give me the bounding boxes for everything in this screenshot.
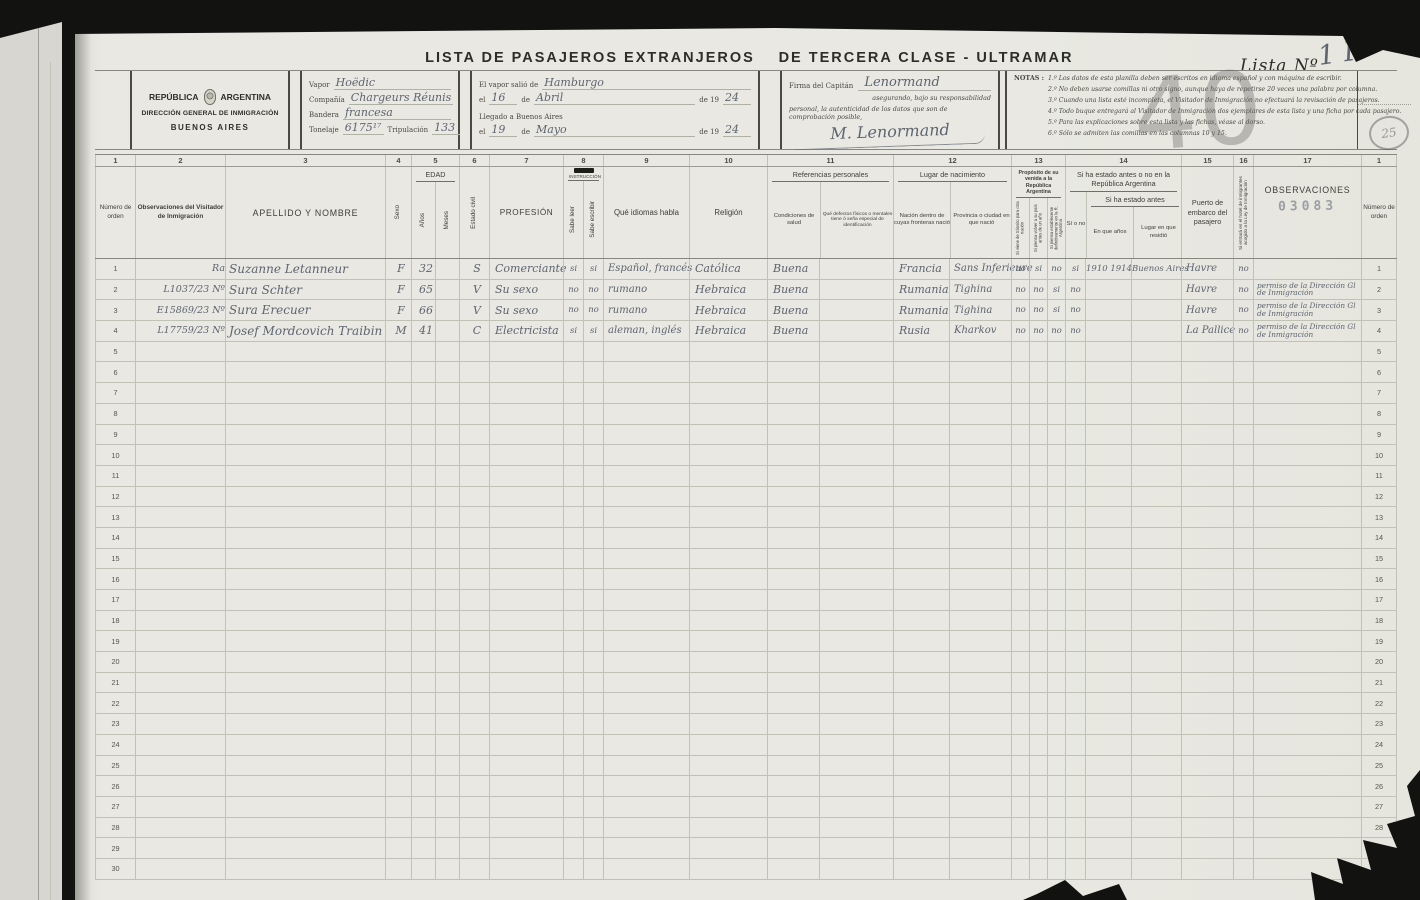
cell-prov — [949, 445, 1011, 465]
cell-write — [583, 859, 603, 879]
cell-civil — [459, 569, 489, 589]
cell-nation — [893, 362, 949, 382]
cell-write — [583, 714, 603, 734]
cell-rel — [689, 528, 767, 548]
cell-place — [1131, 425, 1181, 445]
cell-write — [583, 631, 603, 651]
cell-p2 — [1029, 569, 1047, 589]
cell-hotel: no — [1233, 259, 1253, 279]
cell-name — [225, 549, 385, 569]
cell-obs — [135, 342, 225, 362]
cell-lang — [603, 445, 689, 465]
cell-health — [767, 342, 819, 362]
cell-rel — [689, 569, 767, 589]
cell-obs2 — [1253, 549, 1361, 569]
cell-p1 — [1011, 342, 1029, 362]
cell-p2 — [1029, 425, 1047, 445]
cell-hotel — [1233, 776, 1253, 796]
cell-months — [435, 838, 459, 858]
cell-read — [563, 549, 583, 569]
col-num: 12 — [893, 155, 1011, 166]
cell-read — [563, 383, 583, 403]
col-num: 17 — [1253, 155, 1361, 166]
cell-prof — [489, 549, 563, 569]
cell-name — [225, 859, 385, 879]
cell-p1 — [1011, 776, 1029, 796]
cell-health — [767, 859, 819, 879]
cell-months — [435, 528, 459, 548]
cell-before — [1065, 445, 1085, 465]
cell-health: Buena — [767, 259, 819, 279]
cell-civil — [459, 342, 489, 362]
cell-months — [435, 797, 459, 817]
cell-yrs — [1085, 549, 1131, 569]
firma-label: Firma del Capitán — [789, 82, 853, 91]
table-row: 2222 — [95, 693, 1397, 714]
el-label: el — [479, 128, 485, 137]
salida-label: El vapor salió de — [479, 81, 538, 90]
cell-nation — [893, 590, 949, 610]
cell-health: Buena — [767, 321, 819, 341]
cell-obs — [135, 507, 225, 527]
cell-port — [1181, 590, 1233, 610]
cell-civil — [459, 735, 489, 755]
cell-obs2 — [1253, 693, 1361, 713]
cell-place — [1131, 445, 1181, 465]
cell-years — [411, 756, 435, 776]
cell-months — [435, 321, 459, 341]
group-label: Lugar de nacimiento — [898, 167, 1007, 182]
cell-obs — [135, 362, 225, 382]
cell-years — [411, 693, 435, 713]
cell-prov — [949, 838, 1011, 858]
table-row: 2626 — [95, 776, 1397, 797]
cell-p1 — [1011, 838, 1029, 858]
cell-prov — [949, 383, 1011, 403]
cell-lang — [603, 756, 689, 776]
cell-obs2 — [1253, 652, 1361, 672]
cell-defects — [819, 507, 893, 527]
page-crease — [38, 22, 39, 900]
cell-nation — [893, 631, 949, 651]
cell-lang — [603, 673, 689, 693]
cell-defects — [819, 714, 893, 734]
cell-name: Sura Erecuer — [225, 300, 385, 320]
cell-civil: S — [459, 259, 489, 279]
col-header-observaciones: OBSERVACIONES 03083 — [1253, 167, 1361, 258]
cell-lang — [603, 404, 689, 424]
cell-write — [583, 507, 603, 527]
cell-years: 32 — [411, 259, 435, 279]
cell-before — [1065, 797, 1085, 817]
col-num: 1 — [95, 155, 135, 166]
cell-months — [435, 445, 459, 465]
cell-p1 — [1011, 590, 1029, 610]
document-title-left: LISTA DE PASAJEROS EXTRANJEROS — [425, 50, 755, 66]
col-header-sexo: Sexo — [385, 167, 411, 258]
cell-rel — [689, 859, 767, 879]
cell-prof — [489, 425, 563, 445]
cell-read — [563, 507, 583, 527]
cell-nation — [893, 445, 949, 465]
col-num: 10 — [689, 155, 767, 166]
cell-nation: Francia — [893, 259, 949, 279]
cell-port: Havre — [1181, 259, 1233, 279]
cell-write — [583, 487, 603, 507]
cell-years — [411, 776, 435, 796]
cell-prof — [489, 342, 563, 362]
cell-obs2 — [1253, 528, 1361, 548]
cell-obs — [135, 590, 225, 610]
col-label: PROFESIÓN — [500, 208, 554, 217]
cell-obs — [135, 611, 225, 631]
cell-before — [1065, 569, 1085, 589]
cell-obs — [135, 756, 225, 776]
cell-sex — [385, 466, 411, 486]
cell-yrs — [1085, 528, 1131, 548]
cell-months — [435, 383, 459, 403]
cell-years — [411, 569, 435, 589]
cell-place — [1131, 693, 1181, 713]
cell-lang — [603, 549, 689, 569]
cell-write — [583, 362, 603, 382]
cell-n2: 30 — [1361, 859, 1397, 879]
cell-write — [583, 528, 603, 548]
cell-months — [435, 259, 459, 279]
table-row: 1717 — [95, 590, 1397, 611]
group-label: INSTRUCCIÓN — [568, 173, 599, 181]
cell-p2 — [1029, 673, 1047, 693]
cell-read — [563, 797, 583, 817]
cell-p1 — [1011, 756, 1029, 776]
group-label: Si ha estado antes o no en la República … — [1070, 167, 1177, 192]
cell-defects — [819, 611, 893, 631]
col-num: 11 — [767, 155, 893, 166]
table-row: 1010 — [95, 445, 1397, 466]
col-header-proposito-2: Si piensa volver a su país antes de un a… — [1029, 198, 1047, 258]
cell-p2 — [1029, 693, 1047, 713]
cell-name — [225, 466, 385, 486]
col-label: Qué idiomas habla — [614, 208, 679, 217]
cell-port — [1181, 569, 1233, 589]
cell-name — [225, 569, 385, 589]
cell-lang — [603, 838, 689, 858]
cell-sex: F — [385, 259, 411, 279]
cell-nation — [893, 507, 949, 527]
cell-before: no — [1065, 280, 1085, 300]
cell-p2 — [1029, 383, 1047, 403]
cell-before — [1065, 838, 1085, 858]
cell-read — [563, 693, 583, 713]
de-label: de — [521, 128, 530, 137]
cell-write — [583, 673, 603, 693]
cell-p2 — [1029, 797, 1047, 817]
cell-hotel — [1233, 818, 1253, 838]
cell-obs2 — [1253, 776, 1361, 796]
cell-defects — [819, 362, 893, 382]
cell-n2: 19 — [1361, 631, 1397, 651]
cell-defects — [819, 797, 893, 817]
cell-prof — [489, 818, 563, 838]
cell-p3 — [1047, 714, 1065, 734]
cell-write: si — [583, 259, 603, 279]
cell-years — [411, 362, 435, 382]
table-row: 2424 — [95, 735, 1397, 756]
cell-place — [1131, 404, 1181, 424]
cell-health — [767, 507, 819, 527]
cell-obs2 — [1253, 569, 1361, 589]
cell-rel: Católica — [689, 259, 767, 279]
cell-before — [1065, 466, 1085, 486]
cell-sex — [385, 673, 411, 693]
col-label: Número de orden — [1362, 204, 1396, 221]
cell-sex — [385, 818, 411, 838]
cell-rel: Hebraica — [689, 280, 767, 300]
group-label: EDAD — [416, 167, 455, 182]
cell-n2: 27 — [1361, 797, 1397, 817]
cell-civil: V — [459, 280, 489, 300]
cell-place — [1131, 342, 1181, 362]
cell-place — [1131, 652, 1181, 672]
cell-prof — [489, 569, 563, 589]
cell-name — [225, 693, 385, 713]
col-label: Número de orden — [96, 204, 135, 221]
cell-years — [411, 466, 435, 486]
cell-obs — [135, 652, 225, 672]
col-label: Observaciones del Visitador de Inmigraci… — [136, 204, 225, 221]
cell-port — [1181, 549, 1233, 569]
cell-read — [563, 735, 583, 755]
cell-lang — [603, 652, 689, 672]
cell-port — [1181, 652, 1233, 672]
cell-yrs — [1085, 569, 1131, 589]
de19-label: de 19 — [699, 96, 719, 105]
cell-place — [1131, 859, 1181, 879]
cell-p1 — [1011, 404, 1029, 424]
cell-defects — [819, 652, 893, 672]
cell-port — [1181, 528, 1233, 548]
cell-months — [435, 693, 459, 713]
col-header-profesion: PROFESIÓN — [489, 167, 563, 258]
cell-before — [1065, 652, 1085, 672]
cell-prov — [949, 590, 1011, 610]
cell-n2: 18 — [1361, 611, 1397, 631]
cell-n: 18 — [95, 611, 135, 631]
cell-n: 25 — [95, 756, 135, 776]
cell-years — [411, 797, 435, 817]
table-row: 1919 — [95, 631, 1397, 652]
cell-port — [1181, 714, 1233, 734]
col-num: 9 — [603, 155, 689, 166]
cell-health — [767, 466, 819, 486]
captain-statement-1: asegurando, bajo su responsabilidad — [789, 94, 991, 102]
cell-name — [225, 838, 385, 858]
cell-n: 17 — [95, 590, 135, 610]
cell-write — [583, 383, 603, 403]
col-header-nacion: Nación dentro de cuyas fronteras nació — [894, 182, 950, 258]
col-label: Provincia o ciudad en que nació — [951, 213, 1012, 228]
cell-defects — [819, 631, 893, 651]
cell-port — [1181, 776, 1233, 796]
cell-hotel — [1233, 838, 1253, 858]
cell-obs — [135, 818, 225, 838]
cell-p2: no — [1029, 300, 1047, 320]
group-label: Referencias personales — [772, 167, 889, 182]
cell-rel — [689, 383, 767, 403]
cell-n: 28 — [95, 818, 135, 838]
col-header-numero: Número de orden — [95, 167, 135, 258]
cell-read — [563, 362, 583, 382]
cell-years: 66 — [411, 300, 435, 320]
cell-years: 65 — [411, 280, 435, 300]
cell-nation — [893, 569, 949, 589]
cell-months — [435, 425, 459, 445]
cell-nation — [893, 797, 949, 817]
captain-name-hw: Lenormand — [858, 75, 991, 91]
cell-nation — [893, 818, 949, 838]
cell-civil — [459, 590, 489, 610]
cell-prov — [949, 466, 1011, 486]
cell-n: 5 — [95, 342, 135, 362]
cell-yrs — [1085, 673, 1131, 693]
cell-months — [435, 818, 459, 838]
cell-read — [563, 714, 583, 734]
cell-place — [1131, 507, 1181, 527]
cell-read — [563, 818, 583, 838]
cell-before — [1065, 383, 1085, 403]
col-num: 5 — [411, 155, 459, 166]
cell-defects — [819, 818, 893, 838]
cell-sex — [385, 569, 411, 589]
cell-n2: 7 — [1361, 383, 1397, 403]
cell-name — [225, 528, 385, 548]
cell-p3: no — [1047, 259, 1065, 279]
col-label: Qué defectos físicos o mentales tiene ó … — [821, 212, 894, 229]
cell-before — [1065, 507, 1085, 527]
cell-obs2 — [1253, 611, 1361, 631]
cell-months — [435, 362, 459, 382]
cell-rel — [689, 838, 767, 858]
cell-n: 13 — [95, 507, 135, 527]
cell-p3 — [1047, 673, 1065, 693]
cell-p3: si — [1047, 300, 1065, 320]
cell-sex — [385, 528, 411, 548]
cell-p2 — [1029, 507, 1047, 527]
cell-p3 — [1047, 590, 1065, 610]
table-row: 3E15869/23 NºSura ErecuerF66VSu sexonono… — [95, 300, 1397, 321]
cell-defects — [819, 756, 893, 776]
cell-hotel — [1233, 569, 1253, 589]
cell-p1 — [1011, 735, 1029, 755]
cell-before — [1065, 714, 1085, 734]
cell-obs2 — [1253, 404, 1361, 424]
cell-write: no — [583, 300, 603, 320]
cell-hotel — [1233, 652, 1253, 672]
cell-read: no — [563, 300, 583, 320]
cell-yrs — [1085, 611, 1131, 631]
cell-name — [225, 673, 385, 693]
cell-defects — [819, 859, 893, 879]
cell-port — [1181, 838, 1233, 858]
table-row: 2525 — [95, 756, 1397, 777]
cell-health: Buena — [767, 280, 819, 300]
cell-rel — [689, 631, 767, 651]
col-num: 2 — [135, 155, 225, 166]
cell-prof: Su sexo — [489, 300, 563, 320]
cell-yrs — [1085, 404, 1131, 424]
cell-rel — [689, 342, 767, 362]
cell-p1 — [1011, 859, 1029, 879]
cell-n2: 6 — [1361, 362, 1397, 382]
cell-read — [563, 756, 583, 776]
col-header-estado-antes: Si ha estado antes o no en la República … — [1065, 167, 1181, 258]
cell-yrs — [1085, 445, 1131, 465]
cell-months — [435, 756, 459, 776]
cell-lang: aleman, inglés — [603, 321, 689, 341]
cell-port — [1181, 797, 1233, 817]
org-name: REPÚBLICA ARGENTINA — [139, 89, 281, 105]
cell-port — [1181, 425, 1233, 445]
cell-port: Havre — [1181, 300, 1233, 320]
cell-health — [767, 362, 819, 382]
cell-read: si — [563, 259, 583, 279]
cell-write — [583, 756, 603, 776]
cell-hotel — [1233, 342, 1253, 362]
cell-n2: 26 — [1361, 776, 1397, 796]
cell-write: si — [583, 321, 603, 341]
table-row: 1414 — [95, 528, 1397, 549]
cell-before — [1065, 425, 1085, 445]
cell-prov — [949, 611, 1011, 631]
cell-years — [411, 838, 435, 858]
cell-n2: 12 — [1361, 487, 1397, 507]
cell-n: 12 — [95, 487, 135, 507]
cell-p2 — [1029, 362, 1047, 382]
cell-n: 1 — [95, 259, 135, 279]
cell-prov — [949, 404, 1011, 424]
cell-name — [225, 404, 385, 424]
cell-p1 — [1011, 611, 1029, 631]
tonelaje-value: 6175¹⁷ — [343, 122, 384, 135]
cell-write — [583, 342, 603, 362]
vapor-value: Hoëdic — [334, 77, 451, 90]
cell-civil — [459, 383, 489, 403]
cell-sex — [385, 507, 411, 527]
cell-before — [1065, 528, 1085, 548]
col-label: Condiciones de salud — [768, 213, 820, 228]
cell-obs2 — [1253, 425, 1361, 445]
table-row: 66 — [95, 362, 1397, 383]
cell-port — [1181, 735, 1233, 755]
cell-lang — [603, 487, 689, 507]
cell-obs — [135, 838, 225, 858]
cell-yrs — [1085, 280, 1131, 300]
col-header-referencias: Referencias personales Condiciones de sa… — [767, 167, 893, 258]
cell-write — [583, 838, 603, 858]
cell-name — [225, 611, 385, 631]
cell-port — [1181, 487, 1233, 507]
cell-defects — [819, 673, 893, 693]
cell-sex — [385, 859, 411, 879]
cell-n: 27 — [95, 797, 135, 817]
cell-civil — [459, 714, 489, 734]
cell-health — [767, 652, 819, 672]
cell-prof — [489, 528, 563, 548]
cell-prov — [949, 797, 1011, 817]
cell-before: no — [1065, 321, 1085, 341]
cell-write — [583, 776, 603, 796]
cell-obs — [135, 549, 225, 569]
